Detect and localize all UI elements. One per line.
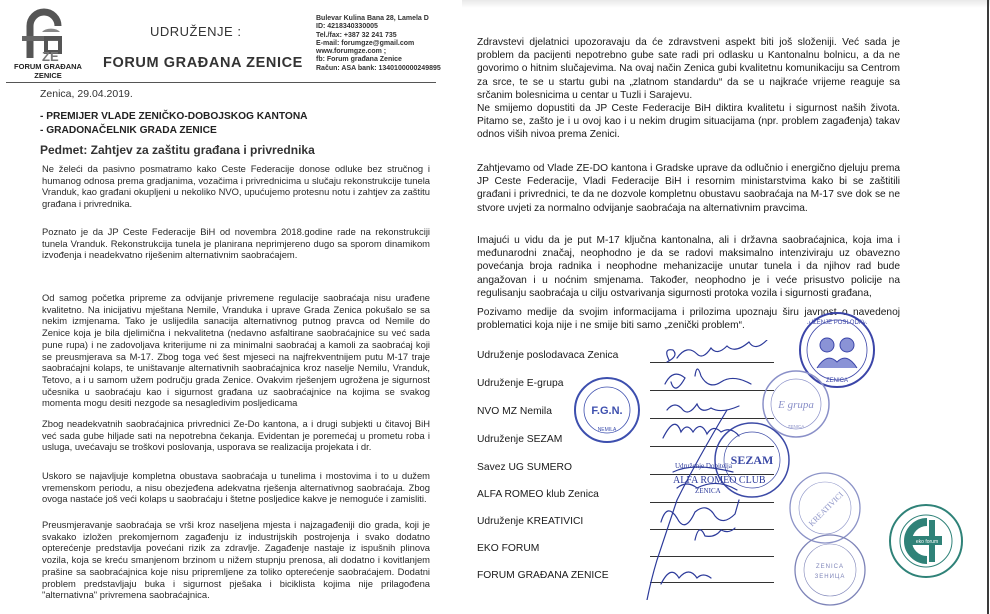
page-edge (987, 0, 989, 614)
svg-text:ZENICA: ZENICA (788, 424, 805, 429)
bank-account: Račun: ASA bank: 1340100000249895 (316, 65, 441, 73)
letter-page-2: Zdravstevi djelatnici upozoravaju da će … (462, 0, 990, 614)
signatory-savez-ug-sumero: Savez UG SUMERO (477, 462, 572, 473)
handwritten-signatures: Udruženje Dobitelja ALFA ROMEO CLUB ZENI… (577, 340, 787, 600)
phone: Tel./fax: +387 32 241 735 (316, 32, 441, 40)
paragraph: Ne smijemo dopustiti da JP Ceste Federac… (477, 102, 900, 142)
facebook: fb: Forum građana Zenice (316, 56, 441, 64)
svg-text:KREATIVICI: KREATIVICI (807, 490, 845, 528)
forum-gradana-logo: ZE FORUM GRAĐANA ZENICE (8, 8, 72, 80)
svg-text:Udruženje Dobitelja: Udruženje Dobitelja (675, 462, 733, 470)
website: www.forumgze.com ; (316, 48, 441, 56)
recipients: - PREMIJER VLADE ZENIČKO-DOBOJSKOG KANTO… (40, 110, 308, 138)
svg-text:ЗЕНИЦА: ЗЕНИЦА (815, 574, 846, 580)
email: E-mail: forumgze@gmail.com (316, 40, 441, 48)
paragraph: Poznato je da JP Ceste Federacije BiH od… (42, 226, 430, 261)
paragraph: Zbog neadekvatnih saobraćajnica privredn… (42, 418, 430, 453)
signatory-eko-forum: EKO FORUM (477, 543, 539, 554)
fgz-logo-icon: ZE (8, 8, 72, 64)
stamp-zenica: ZENICA ЗЕНИЦА (792, 530, 868, 610)
association-label: UDRUŽENJE : (150, 24, 241, 39)
paragraph: Ne želeći da pasivno posmatramo kako Ces… (42, 163, 430, 210)
paragraph: Zahtjevamo od Vlade ZE-DO kantona i Grad… (477, 162, 900, 215)
paragraph: Preusmjeravanje saobraćaja se vrši kroz … (42, 519, 430, 601)
contact-block: Bulevar Kulina Bana 28, Lamela D ID: 421… (316, 15, 441, 73)
letter-page-1: ZE FORUM GRAĐANA ZENICE UDRUŽENJE : FORU… (0, 0, 462, 614)
signatory-sezam: Udruženje SEZAM (477, 434, 562, 445)
svg-text:ZENICA: ZENICA (695, 487, 721, 495)
svg-text:eko forum: eko forum (916, 539, 938, 545)
id-number: ID: 4218340330005 (316, 23, 441, 31)
paragraph: Uskoro se najavljuje kompletna obustava … (42, 470, 430, 505)
svg-text:ALFA ROMEO CLUB: ALFA ROMEO CLUB (673, 475, 766, 486)
letter-date: Zenica, 29.04.2019. (40, 88, 133, 100)
paragraph: Zdravstevi djelatnici upozoravaju da će … (477, 36, 900, 102)
paragraph: Imajući u vidu da je put M-17 ključna ka… (477, 234, 900, 300)
signatory-nvo-mz-nemila: NVO MZ Nemila (477, 406, 552, 417)
paragraph: Od samog početka pripreme za odvijanje p… (42, 292, 430, 409)
letter-subject: Pedmet: Zahtjev za zaštitu građana i pri… (40, 143, 315, 157)
organization-name: FORUM GRAĐANA ZENICE (103, 55, 303, 71)
svg-text:ZENICA: ZENICA (826, 378, 848, 384)
address: Bulevar Kulina Bana 28, Lamela D (316, 15, 441, 23)
logo-caption: FORUM GRAĐANA ZENICE (8, 62, 88, 80)
signatory-e-grupa: Udruženje E-grupa (477, 378, 563, 389)
signatory-kreativici: Udruženje KREATIVICI (477, 516, 583, 527)
header-divider (6, 82, 436, 83)
stamp-eko-forum: eko forum (887, 502, 965, 580)
svg-text:ZENICA: ZENICA (816, 564, 844, 570)
